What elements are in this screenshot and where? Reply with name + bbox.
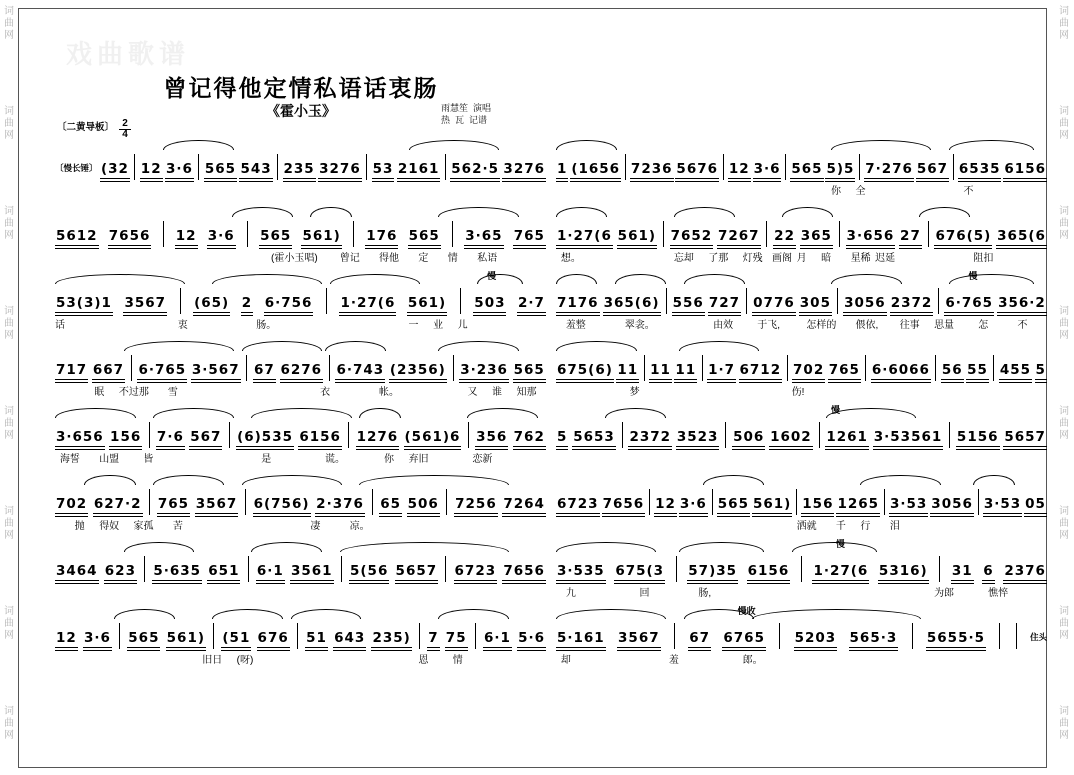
note-group: 22 <box>773 228 796 249</box>
note-group: 667 <box>92 362 125 383</box>
notes-area: 慢53(3)13567(65)26·7561·27(6561)5032·7 <box>55 270 546 316</box>
barline <box>366 154 367 180</box>
lyric-syllable: 回 <box>639 584 649 599</box>
note-group: 565 <box>127 630 160 651</box>
notes-line: 123·6565561)(5167651643235)7756·15·6 <box>55 619 546 651</box>
note-group: 565 <box>513 362 546 383</box>
lyric-syllable: 恋新 <box>472 450 492 465</box>
barline <box>839 221 840 247</box>
score-system-right: 1·27(6561)76527267223653·65627676(5)365(… <box>556 203 1047 270</box>
score-system-left: 34646235·6356516·135615(56565767237656 <box>55 538 546 605</box>
slur-arc <box>949 140 1034 150</box>
note-group: 675(6) <box>556 362 614 383</box>
lyric-syllable: 你 <box>384 450 394 465</box>
note-group: 11 <box>674 362 697 383</box>
watermark-text: 词 曲 网 <box>1057 106 1071 142</box>
note-group: 651 <box>207 563 240 584</box>
note-group: 561) <box>166 630 206 651</box>
lyric-syllable: 你 <box>831 182 841 197</box>
note-group: 365(6) <box>603 295 661 316</box>
note-group: 6156 <box>298 429 342 450</box>
slur-arc <box>752 609 921 619</box>
lyric-syllable: 思量 <box>934 316 954 331</box>
watermark-text: 词 曲 网 <box>1057 606 1071 642</box>
barline <box>149 489 150 515</box>
lyric-syllable: 抛 <box>75 517 85 532</box>
lyric-syllable: 行 <box>860 517 870 532</box>
note-group: 55 <box>966 362 989 383</box>
barline <box>928 221 929 247</box>
lyric-syllable: 却 <box>561 651 571 666</box>
lyric-syllable: 偎依, <box>856 316 879 331</box>
lyrics-line: 洒就千行泪 <box>556 517 1047 532</box>
note-group: 3·656 <box>846 228 896 249</box>
note-group: 3·6 <box>207 228 236 249</box>
slur-arc <box>242 475 342 485</box>
slur-arc <box>605 408 666 418</box>
lyric-syllable: 私语 <box>477 249 497 264</box>
watermark-text: 词 曲 网 <box>1057 306 1071 342</box>
note-group: 5203 <box>794 630 838 651</box>
barline <box>372 489 373 515</box>
slur-arc <box>340 542 509 552</box>
barline <box>229 422 230 448</box>
slur-arc <box>124 542 195 552</box>
note-group: 5316) <box>878 563 929 584</box>
note-group: 562·5 <box>450 161 500 182</box>
note-group: 6712 <box>739 362 783 383</box>
note-group: 5(56 <box>349 563 389 584</box>
lyric-syllable: 阻扣 <box>973 249 993 264</box>
note-group: 1·7 <box>707 362 736 383</box>
score-system-right: 慢7176365(6)5567270776305305623726·765356… <box>556 270 1047 337</box>
note-group: 75 <box>445 630 468 651</box>
note-group: (2356) <box>389 362 447 383</box>
slur-arc <box>556 140 617 150</box>
lyric-syllable: 由效 <box>713 316 733 331</box>
lyric-syllable: 定 <box>418 249 428 264</box>
score-grid: 〔慢长锤〕(32123·65655432353276532161562·5327… <box>55 136 1047 672</box>
final-barline <box>1016 623 1017 649</box>
note-group: 5·6 <box>517 630 546 651</box>
slur-arc <box>674 207 735 217</box>
note-group: 3·53 <box>889 496 928 517</box>
note-group: 12 <box>140 161 163 182</box>
note-group: 65 <box>379 496 402 517</box>
slur-arc <box>703 475 764 485</box>
note-group: 05 <box>1024 496 1047 517</box>
watermark-text: 词 曲 网 <box>2 406 16 442</box>
note-group: 67 <box>688 630 711 651</box>
note-group: 675(3 <box>614 563 665 584</box>
score-system-row: 3·6561567·6567(6)53561561276(561)6356762… <box>55 404 1047 471</box>
note-group: (1656 <box>570 161 621 182</box>
note-group: 7656 <box>502 563 546 584</box>
slur-arc <box>212 609 283 619</box>
note-group: 5657 <box>395 563 439 584</box>
note-group: 5653 <box>572 429 616 450</box>
barline <box>445 154 446 180</box>
note-group: 565 <box>259 228 292 249</box>
slur-arc <box>153 408 234 418</box>
slur-arc <box>153 475 224 485</box>
lyric-syllable: 皆 <box>143 450 153 465</box>
notes-line: 5565323723523506160212613·5356151565657 <box>556 418 1047 450</box>
barline <box>326 288 327 314</box>
barline <box>445 556 446 582</box>
barline <box>663 221 664 247</box>
lyric-syllable: 想。 <box>561 249 581 264</box>
note-group: 565·3 <box>849 630 899 651</box>
tempo-mark: 慢收 <box>738 604 756 617</box>
barline <box>746 288 747 314</box>
barline <box>468 422 469 448</box>
notes-area: 702627·276535676(756)2·3766550672567264 <box>55 471 546 517</box>
slur-arc <box>831 274 902 284</box>
note-group: 762 <box>513 429 546 450</box>
score-system-row: 〔慢长锤〕(32123·65655432353276532161562·5327… <box>55 136 1047 203</box>
lyric-syllable: 谁 <box>492 383 502 398</box>
lyric-syllable: 月 <box>797 249 807 264</box>
note-group: 3567 <box>123 295 167 316</box>
note-group: 7267 <box>717 228 761 249</box>
note-group: (65) <box>193 295 230 316</box>
barline <box>785 154 786 180</box>
slur-arc <box>973 475 1014 485</box>
note-group: 765 <box>828 362 861 383</box>
note-group: 727 <box>708 295 741 316</box>
notes-area: 慢收5·16135676767655203565·35655·5住头 <box>556 605 1047 651</box>
credits-block: 雨慧笙 演唱 热 瓦 记谱 <box>441 102 491 126</box>
watermark-text: 词 曲 网 <box>2 506 16 542</box>
barline <box>938 288 939 314</box>
note-group: 1·27(6 <box>556 228 613 249</box>
note-group: 1602 <box>769 429 813 450</box>
note-group: 2372 <box>628 429 672 450</box>
score-system-row: 56127656123·6565561)1765653·65765(霍小玉唱)曾… <box>55 203 1047 270</box>
note-group: 27 <box>899 228 922 249</box>
barline <box>329 355 330 381</box>
note-group: (561)6 <box>404 429 462 450</box>
score-system-right: 1(165672365676123·65655)57·2765676535615… <box>556 136 1047 203</box>
note-group: 561) <box>617 228 657 249</box>
watermark-text: 词 曲 网 <box>1057 6 1071 42</box>
lyrics-line: 眠不过那雪衣帐。又谁知那 <box>55 383 546 398</box>
barline <box>446 489 447 515</box>
lyric-syllable: 于飞, <box>757 316 780 331</box>
notes-area: 675(6)1111111·767127027656·606656554555 <box>556 337 1047 383</box>
note-group: 5·161 <box>556 630 606 651</box>
note-group: 567 <box>916 161 949 182</box>
slur-arc <box>291 609 362 619</box>
slur-arc <box>556 274 597 284</box>
lyric-syllable: 羞 <box>669 651 679 666</box>
note-group: 12 <box>654 496 677 517</box>
slur-arc <box>556 542 656 552</box>
barline <box>884 489 885 515</box>
note-group: 702 <box>55 496 88 517</box>
note-group: 3·65 <box>464 228 503 249</box>
note-group: 7656 <box>108 228 152 249</box>
watermark-text: 词 曲 网 <box>2 6 16 42</box>
note-group: 7256 <box>454 496 498 517</box>
note-group: 5612 <box>55 228 99 249</box>
mode-label: 〔二黄导板〕 <box>57 119 114 133</box>
slur-arc <box>114 609 175 619</box>
note-group: 455 <box>999 362 1032 383</box>
barline <box>341 556 342 582</box>
lyric-syllable: 知那 <box>517 383 537 398</box>
lyrics-line: 九回肠,为郎憔悴 <box>556 584 1047 599</box>
barline <box>134 154 135 180</box>
lyric-syllable: 翠衾。 <box>625 316 655 331</box>
note-group: 3567 <box>195 496 239 517</box>
note-group: 6535 <box>958 161 1002 182</box>
note-group: 3·6 <box>679 496 708 517</box>
barline <box>131 355 132 381</box>
note-group: 12 <box>175 228 198 249</box>
slur-arc <box>556 341 637 351</box>
lyric-syllable: 话 <box>55 316 65 331</box>
lyric-syllable: 凉。 <box>350 517 370 532</box>
note-group: 627·2 <box>93 496 143 517</box>
slur-arc <box>251 542 322 552</box>
note-group: 6·765 <box>944 295 994 316</box>
score-system-left: 123·6565561)(5167651643235)7756·15·6旧日(呀… <box>55 605 546 672</box>
score-system-row: 123·6565561)(5167651643235)7756·15·6旧日(呀… <box>55 605 1047 672</box>
watermark-text: 词 曲 网 <box>2 606 16 642</box>
barline <box>453 355 454 381</box>
lyrics-line: 羞整翠衾。由效于飞,怎样的偎依,往事思量怎不 <box>556 316 1047 331</box>
note-group: 3·6 <box>83 630 112 651</box>
lyric-syllable: 衷 <box>178 316 188 331</box>
notes-area: 〔慢长锤〕(32123·65655432353276532161562·5327… <box>55 136 546 182</box>
note-group: 1 <box>556 161 568 182</box>
lyric-syllable: 海誓 <box>60 450 80 465</box>
note-group: 56 <box>941 362 964 383</box>
note-group: 3·53561 <box>873 429 944 450</box>
note-group: 3·236 <box>459 362 509 383</box>
notes-line: 〔慢长锤〕(32123·65655432353276532161562·5327… <box>55 150 546 182</box>
slur-arc <box>124 341 234 351</box>
percussion-pattern-label: 〔慢长锤〕 <box>55 162 98 182</box>
score-system-left: 7176676·7653·5676762766·743(2356)3·23656… <box>55 337 546 404</box>
watermark-text: 词 曲 网 <box>1057 406 1071 442</box>
note-group: 6276 <box>280 362 324 383</box>
note-group: 176 <box>365 228 398 249</box>
lyrics-line: (霍小玉唱)曾记得他定情私语 <box>55 249 546 264</box>
note-group: 5655·5 <box>926 630 986 651</box>
notes-line: 5·16135676767655203565·35655·5住头 <box>556 619 1047 651</box>
lyrics-line <box>556 450 1047 465</box>
tempo-mark: 慢 <box>836 537 845 550</box>
note-group: 5 <box>556 429 568 450</box>
note-group: 2 <box>241 295 253 316</box>
notes-line: 1(165672365676123·65655)57·2765676535615… <box>556 150 1047 182</box>
note-group: 156 <box>109 429 142 450</box>
note-group: 53(3)1 <box>55 295 113 316</box>
note-group: 543 <box>239 161 272 182</box>
note-group: 7652 <box>670 228 714 249</box>
watermark-column-left: 词 曲 网词 曲 网词 曲 网词 曲 网词 曲 网词 曲 网词 曲 网词 曲 网 <box>2 0 16 775</box>
note-group: 1·27(6 <box>339 295 396 316</box>
slur-arc <box>467 408 538 418</box>
note-group: 7·276 <box>864 161 914 182</box>
note-group: 6156 <box>1003 161 1047 182</box>
lyric-syllable: 凄 <box>310 517 320 532</box>
notes-area: 1(165672365676123·65655)57·2765676535615… <box>556 136 1047 182</box>
barline <box>953 154 954 180</box>
barline <box>819 422 820 448</box>
barline <box>837 288 838 314</box>
barline <box>245 489 246 515</box>
note-group: 5·635 <box>152 563 202 584</box>
slur-arc <box>438 341 519 351</box>
note-group: (32 <box>100 161 130 182</box>
slur-arc <box>949 274 1034 284</box>
barline <box>475 623 476 649</box>
slur-arc <box>359 475 508 485</box>
barline <box>674 623 675 649</box>
barline <box>419 623 420 649</box>
slur-arc <box>831 140 931 150</box>
watermark-column-right: 词 曲 网词 曲 网词 曲 网词 曲 网词 曲 网词 曲 网词 曲 网词 曲 网 <box>1057 0 1071 775</box>
lyric-syllable: 雪 <box>168 383 178 398</box>
score-system-right: 慢5565323723523506160212613·5356151565657 <box>556 404 1047 471</box>
note-group: 12 <box>728 161 751 182</box>
score-system-row: 7176676·7653·5676762766·743(2356)3·23656… <box>55 337 1047 404</box>
note-group: 3464 <box>55 563 99 584</box>
barline <box>452 221 453 247</box>
note-group: 6723 <box>454 563 498 584</box>
watermark-text: 词 曲 网 <box>1057 706 1071 742</box>
barline <box>801 556 802 582</box>
note-group: 676 <box>257 630 290 651</box>
note-group: 1·27(6 <box>812 563 869 584</box>
note-group: 235) <box>371 630 411 651</box>
slur-arc <box>782 207 833 217</box>
note-group: 156 <box>801 496 834 517</box>
lyric-syllable: 怎样的 <box>806 316 836 331</box>
lyric-syllable: 谎。 <box>325 450 345 465</box>
tempo-mark: 慢 <box>968 269 977 282</box>
note-group: 7 <box>427 630 439 651</box>
slur-arc <box>310 207 351 217</box>
note-group: 565 <box>408 228 441 249</box>
barline <box>163 221 164 247</box>
lyric-syllable: 衣 <box>320 383 330 398</box>
note-group: 7656 <box>602 496 646 517</box>
tempo-mark: 慢 <box>487 269 496 282</box>
note-group: 3276 <box>318 161 362 182</box>
barline <box>297 623 298 649</box>
watermark-text: 词 曲 网 <box>2 306 16 342</box>
notes-area: 56127656123·6565561)1765653·65765 <box>55 203 546 249</box>
note-group: 567 <box>189 429 222 450</box>
note-group: 2372 <box>890 295 934 316</box>
lyric-syllable: 伤! <box>792 383 805 398</box>
slur-arc <box>163 140 234 150</box>
note-group: 356·2 <box>997 295 1047 316</box>
watermark-text: 词 曲 网 <box>2 206 16 242</box>
barline <box>625 154 626 180</box>
score-page: 词 曲 网词 曲 网词 曲 网词 曲 网词 曲 网词 曲 网词 曲 网词 曲 网… <box>0 0 1074 775</box>
slur-arc <box>556 207 607 217</box>
note-group: 1276 <box>356 429 400 450</box>
note-group: 235 <box>283 161 316 182</box>
lyrics-line: 话衷肠。一业儿 <box>55 316 546 331</box>
lyric-syllable: 梦 <box>630 383 640 398</box>
notes-area: 1·27(6561)76527267223653·65627676(5)365(… <box>556 203 1047 249</box>
barline <box>248 556 249 582</box>
lyric-syllable: 又 <box>467 383 477 398</box>
note-group: 6723 <box>556 496 600 517</box>
lyric-syllable: 旧日 <box>202 651 222 666</box>
note-group: 561) <box>752 496 792 517</box>
score-system-right: 慢收5·16135676767655203565·35655·5住头却羞郎。 <box>556 605 1047 672</box>
lyric-syllable: 眠 <box>94 383 104 398</box>
lyric-syllable: 暗 <box>821 249 831 264</box>
note-group: 7·6 <box>156 429 185 450</box>
score-system-row: 34646235·6356516·135615(56565767237656慢3… <box>55 538 1047 605</box>
lyric-syllable: 业 <box>433 316 443 331</box>
lyric-syllable: 迟延 <box>875 249 895 264</box>
barline <box>119 623 120 649</box>
note-group: 7236 <box>630 161 674 182</box>
lyric-syllable: (霍小玉唱) <box>271 249 318 264</box>
score-system-right: 675(6)1111111·767127027656·606656554555梦… <box>556 337 1047 404</box>
notes-area: 67237656123·6565561)15612653·5330563·530… <box>556 471 1047 517</box>
barline <box>787 355 788 381</box>
lyric-syllable: 星稀 <box>851 249 871 264</box>
notes-area: 34646235·6356516·135615(56565767237656 <box>55 538 546 584</box>
barline <box>702 355 703 381</box>
lyric-syllable: 羞整 <box>566 316 586 331</box>
note-group: 6·6066 <box>871 362 931 383</box>
note-group: 2161 <box>397 161 441 182</box>
note-group: 556 <box>672 295 705 316</box>
barline <box>622 422 623 448</box>
barline <box>859 154 860 180</box>
lyric-syllable: 画阁 <box>772 249 792 264</box>
note-group: 702 <box>792 362 825 383</box>
lyrics-line <box>55 584 546 599</box>
slur-arc <box>919 207 970 217</box>
lyric-syllable: 憔悴 <box>988 584 1008 599</box>
note-group: 11 <box>616 362 639 383</box>
slur-arc <box>679 341 760 351</box>
note-group: 67 <box>253 362 276 383</box>
barline <box>180 288 181 314</box>
barline <box>935 355 936 381</box>
barline <box>779 623 780 649</box>
note-group: 51 <box>305 630 328 651</box>
lyrics-line: 想。忘却了那灯残画阁月暗星稀迟延阻扣 <box>556 249 1047 264</box>
notes-line: 67237656123·6565561)15612653·5330563·530… <box>556 485 1047 517</box>
note-group: 506 <box>732 429 765 450</box>
note-group: 7264 <box>502 496 546 517</box>
lyric-syllable: 山盟 <box>99 450 119 465</box>
barline <box>144 556 145 582</box>
barline <box>766 221 767 247</box>
barline <box>666 288 667 314</box>
note-group: 6·1 <box>256 563 285 584</box>
barline <box>949 422 950 448</box>
slur-arc <box>409 140 499 150</box>
barline <box>939 556 940 582</box>
note-group: 561) <box>407 295 447 316</box>
note-group: 12 <box>55 630 78 651</box>
